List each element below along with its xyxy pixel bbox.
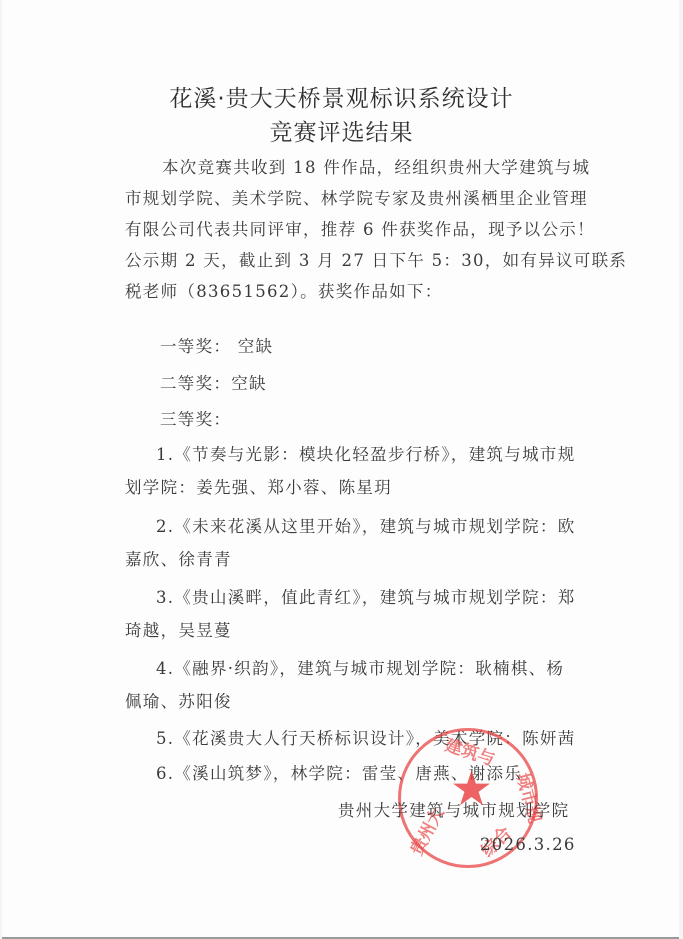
first-prize: 一等奖： 空缺 bbox=[160, 333, 273, 357]
body-line: 市规划学院、美术学院、林学院专家及贵州溪栖里企业管理 bbox=[125, 185, 588, 209]
body-line: 税老师（83651562）。获奖作品如下： bbox=[125, 278, 443, 302]
winner-item: 1.《节奏与光影：模块化轻盈步行桥》，建筑与城市规 bbox=[156, 441, 576, 465]
document-title: 花溪·贵大天桥景观标识系统设计 bbox=[0, 80, 683, 113]
winner-item: 3.《贵山溪畔，值此青红》，建筑与城市规划学院：郑 bbox=[156, 584, 576, 608]
winner-item-cont: 佩瑜、苏阳俊 bbox=[125, 688, 232, 712]
signature-organization: 贵州大学建筑与城市规划学院 bbox=[338, 797, 569, 821]
winner-item-cont: 嘉欣、徐青青 bbox=[125, 546, 232, 570]
winner-item: 4.《融界·织韵》，建筑与城市规划学院：耿楠棋、杨 bbox=[156, 655, 564, 679]
document-subtitle: 竞赛评选结果 bbox=[0, 114, 683, 147]
body-line: 有限公司代表共同评审，推荐 6 件获奖作品，现予以公示！ bbox=[125, 216, 595, 240]
third-prize-label: 三等奖： bbox=[160, 406, 231, 430]
body-line: 公示期 2 天，截止到 3 月 27 日下午 5：30，如有异议可联系 bbox=[125, 247, 627, 271]
signature-date: 2026.3.26 bbox=[480, 835, 576, 854]
winner-item-cont: 划学院：姜先强、郑小蓉、陈星玥 bbox=[125, 474, 392, 498]
body-line: 本次竞赛共收到 18 件作品，经组织贵州大学建筑与城 bbox=[162, 154, 590, 178]
second-prize: 二等奖：空缺 bbox=[160, 370, 267, 394]
winner-item-cont: 琦越，吴昱蔓 bbox=[125, 617, 232, 641]
winner-item: 2.《未来花溪从这里开始》，建筑与城市规划学院：欧 bbox=[156, 513, 576, 537]
